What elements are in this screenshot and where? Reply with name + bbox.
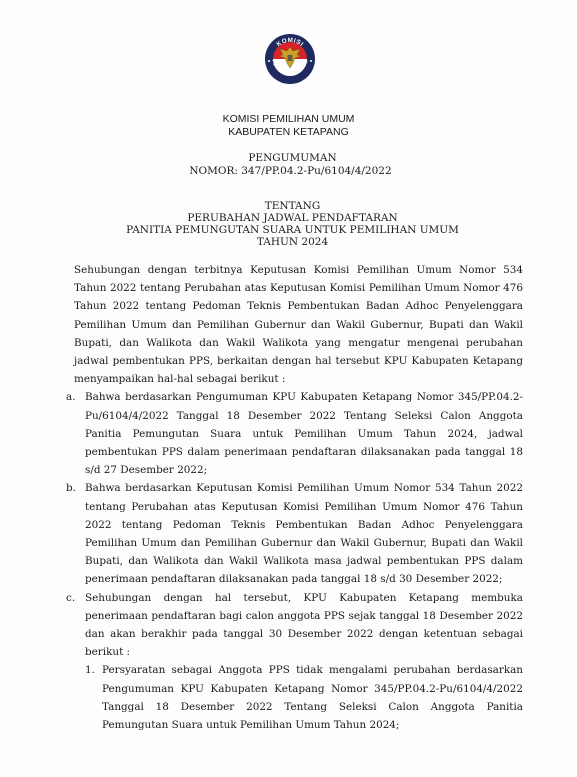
sub-list-item: 1. Persyaratan sebagai Anggota PPS tidak… xyxy=(85,661,523,734)
sub-list-marker: 1. xyxy=(85,661,95,679)
list-item-text: Bahwa berdasarkan Keputusan Komisi Pemil… xyxy=(85,482,523,585)
document-title-line-3: TAHUN 2024 xyxy=(4,236,577,249)
kpu-logo-icon: KOMISI PEMILIHAN UMUM xyxy=(264,27,316,87)
document-number: NOMOR: 347/PP.04.2-Pu/6104/4/2022 xyxy=(2,165,577,178)
list-item: b. Bahwa berdasarkan Keputusan Komisi Pe… xyxy=(66,479,523,588)
document-body: Sehubungan dengan terbitnya Keputusan Ko… xyxy=(74,261,523,734)
organization-name: KOMISI PEMILIHAN UMUM xyxy=(0,113,577,126)
organization-region: KABUPATEN KETAPANG xyxy=(0,126,577,139)
sub-list-item-text: Persyaratan sebagai Anggota PPS tidak me… xyxy=(102,664,523,731)
document-page: KOMISI PEMILIHAN UMUM KOMISI PEMILIHAN U… xyxy=(0,0,577,777)
list-item: c. Sehubungan dengan hal tersebut, KPU K… xyxy=(66,589,523,735)
list-item-text: Sehubungan dengan hal tersebut, KPU Kabu… xyxy=(85,592,523,659)
document-type: PENGUMUMAN xyxy=(4,152,577,165)
list-marker: c. xyxy=(66,589,75,607)
sub-points-list: 1. Persyaratan sebagai Anggota PPS tidak… xyxy=(85,661,523,734)
points-list: a. Bahwa berdasarkan Pengumuman KPU Kabu… xyxy=(66,388,523,734)
list-marker: a. xyxy=(66,388,76,406)
list-item: a. Bahwa berdasarkan Pengumuman KPU Kabu… xyxy=(66,388,523,479)
list-item-text: Bahwa berdasarkan Pengumuman KPU Kabupat… xyxy=(85,391,523,476)
list-marker: b. xyxy=(66,479,76,497)
intro-paragraph: Sehubungan dengan terbitnya Keputusan Ko… xyxy=(74,261,523,388)
